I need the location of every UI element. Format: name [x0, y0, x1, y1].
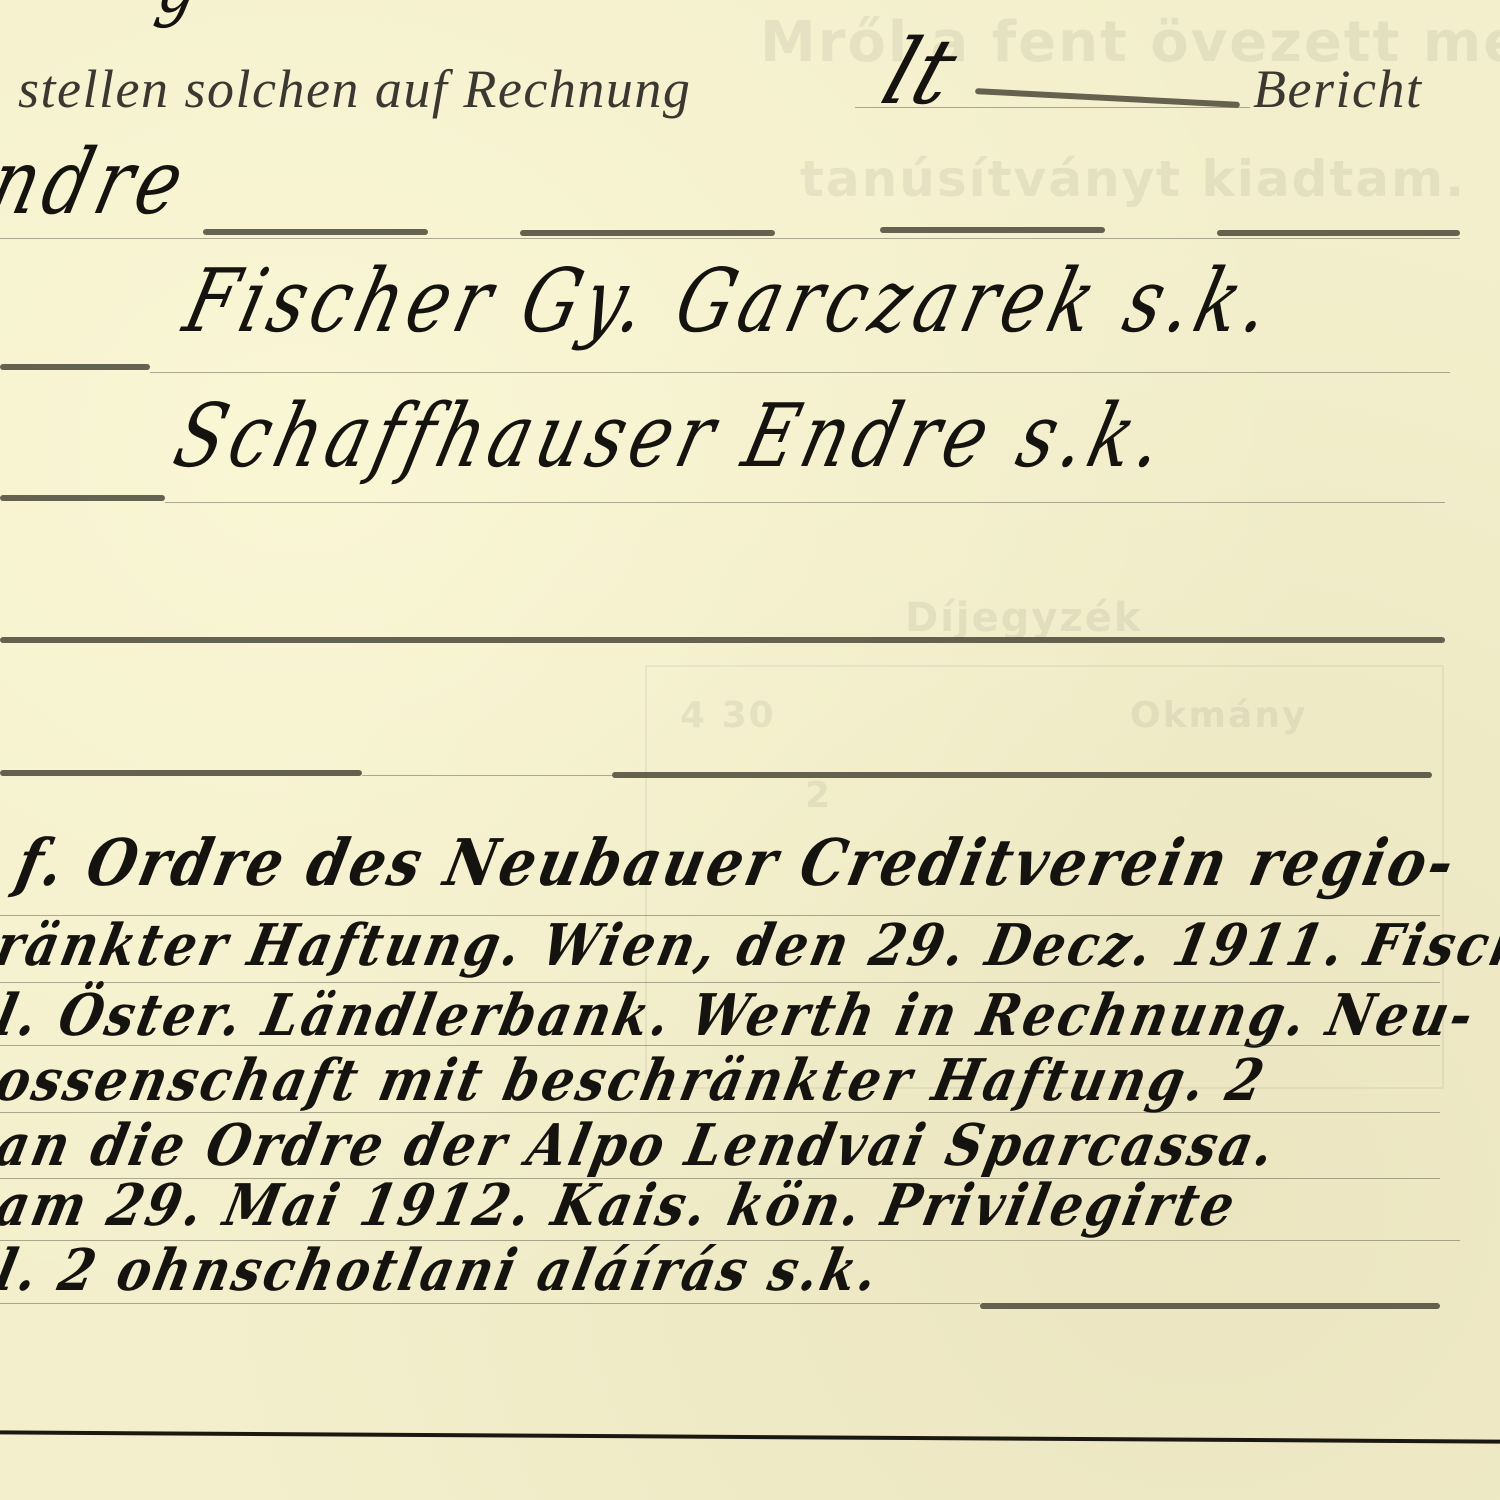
- signature-1-line: [150, 372, 1450, 373]
- dash-1: [203, 229, 428, 235]
- show-through-table-row1-value: 4 30: [680, 695, 776, 736]
- closing-dash: [980, 1303, 1440, 1309]
- ruled-line-7: [0, 1303, 980, 1304]
- show-through-table-row2-value: 2: [805, 775, 832, 816]
- handwriting-fragment-ndre: ndre: [0, 129, 200, 234]
- dash-4: [1217, 230, 1460, 236]
- dash-3: [880, 227, 1105, 233]
- show-through-table-row1-label: Okmány: [1130, 695, 1307, 736]
- rule-left-dash: [0, 770, 362, 776]
- endorsement-line-7: l. 2 ohnschotlani aláírás s.k.: [0, 1236, 887, 1304]
- rule-thin-mid: [362, 775, 612, 776]
- signature-2-leading-dash: [0, 495, 165, 501]
- signature-2: Schaffhauser Endre s.k.: [165, 385, 1180, 488]
- printed-form-prefix: stellen solchen auf Rechnung: [18, 58, 691, 120]
- bottom-border-rule: [0, 1430, 1500, 1443]
- handwriting-top-loop: g: [150, 0, 216, 30]
- printed-form-suffix: Bericht: [1253, 58, 1422, 120]
- endorsement-line-4: ossenschaft mit beschränkter Haftung. 2: [0, 1046, 1273, 1114]
- endorsement-line-2: ränkter Haftung. Wien, den 29. Decz. 191…: [0, 911, 1500, 979]
- endorsement-line-3: l. Öster. Ländlerbank. Werth in Rechnung…: [0, 981, 1482, 1049]
- signature-1: Fischer Gy. Garczarek s.k.: [175, 250, 1287, 353]
- rule-right-dash: [612, 772, 1432, 778]
- endorsement-line-5: an die Ordre der Alpo Lendvai Sparcassa.: [0, 1111, 1283, 1179]
- rule-line-1: [0, 238, 1460, 239]
- endorsement-line-1: f. Ordre des Neubauer Creditverein regio…: [10, 825, 1463, 901]
- dash-2: [520, 230, 775, 236]
- signature-1-leading-dash: [0, 364, 150, 370]
- form-fill-underline: [855, 107, 1250, 108]
- long-dash-rule: [0, 637, 1445, 643]
- show-through-line-2: tanúsítványt kiadtam.: [800, 150, 1466, 208]
- signature-2-line: [165, 502, 1445, 503]
- document-page: Mről a fent övezett megkereső fél jogai …: [0, 0, 1500, 1500]
- endorsement-line-6: am 29. Mai 1912. Kais. kön. Privilegirte: [0, 1171, 1244, 1239]
- form-fill-strike-dash: [975, 88, 1240, 108]
- show-through-table-title: Díjegyzék: [905, 595, 1142, 641]
